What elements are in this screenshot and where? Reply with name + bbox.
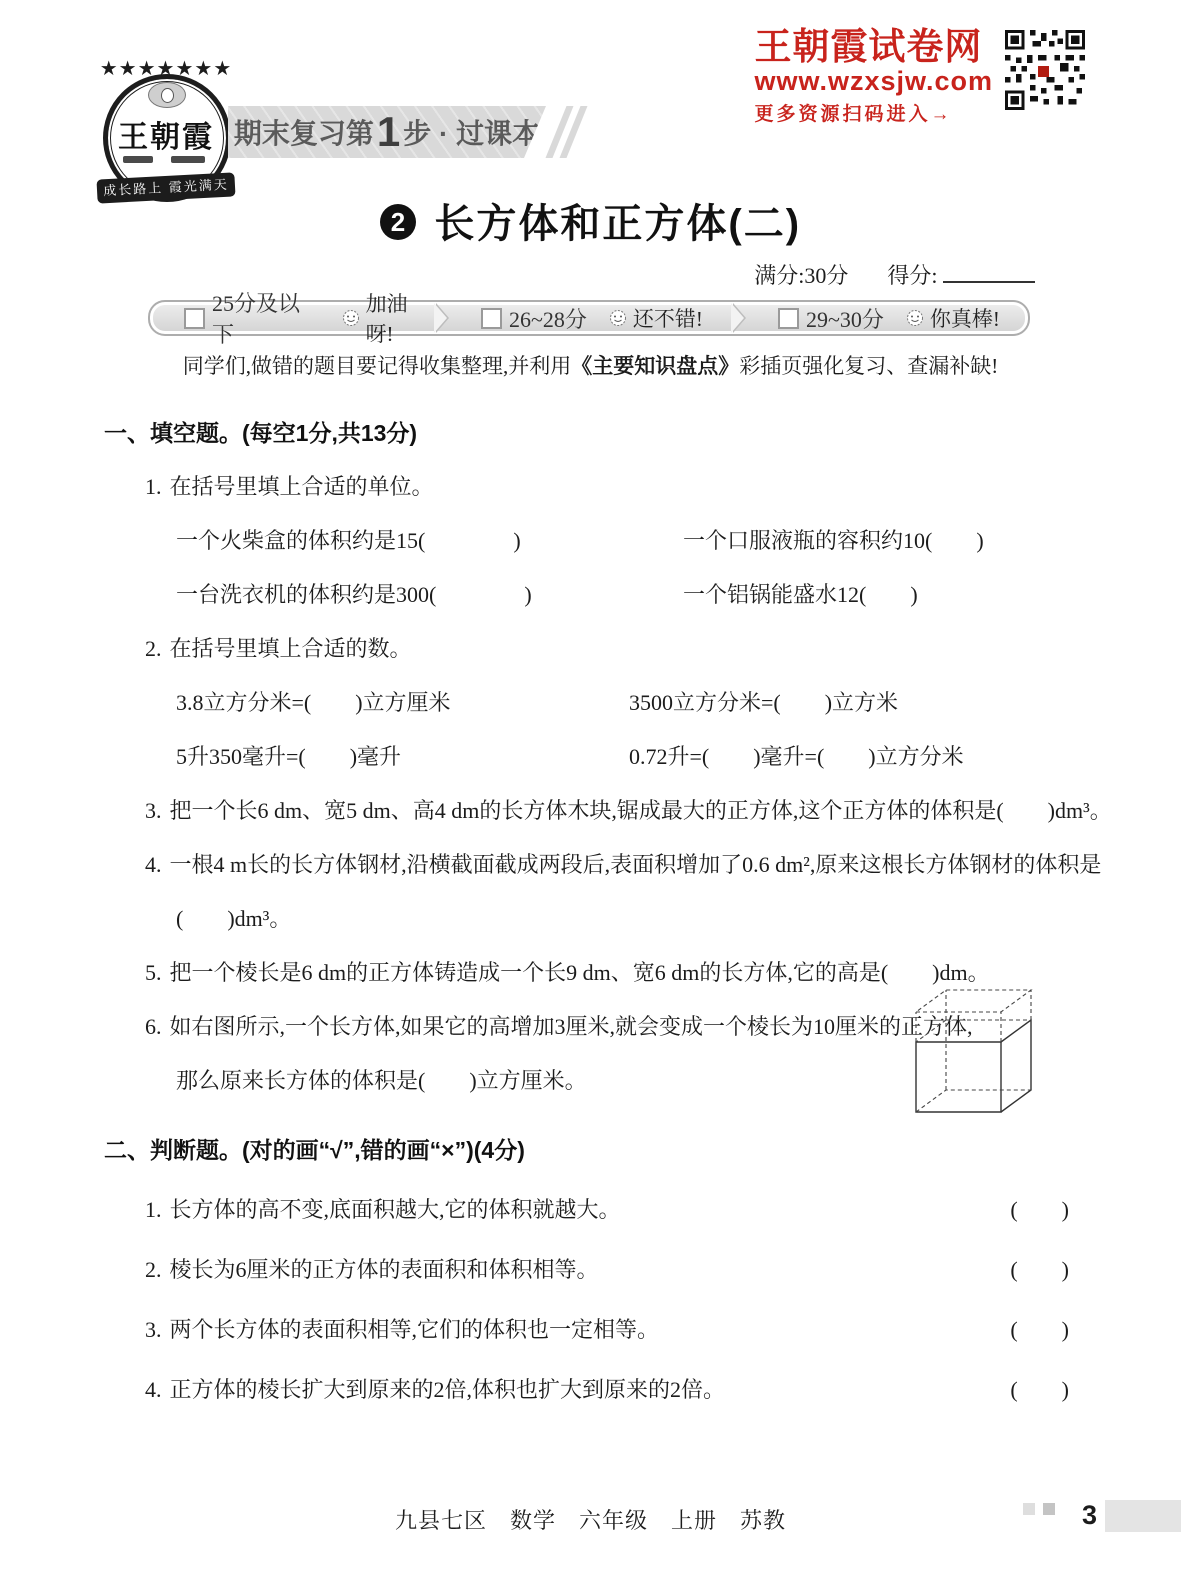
judgment-item: 4.正方体的棱长扩大到原来的2倍,体积也扩大到原来的2倍。 ( ) <box>145 1360 1121 1420</box>
step-banner-post: 步 · 过课本 <box>403 112 540 152</box>
checkbox-high[interactable] <box>778 308 799 329</box>
notice-post: 彩插页强化复习、查漏补缺! <box>739 354 998 378</box>
score-comment-mid: 还不错! <box>633 303 703 333</box>
chevron-divider-icon <box>434 303 447 333</box>
portrait-icon <box>148 82 186 108</box>
fill-blank-item: 一个铝锅能盛水12( ) <box>683 568 918 622</box>
deco-square-icon <box>1023 1503 1035 1515</box>
question-text: 在括号里填上合适的单位。 <box>170 474 434 499</box>
question-4: 4.一根4 m长的长方体钢材,沿横截面截成两段后,表面积增加了0.6 dm²,原… <box>145 838 1121 946</box>
page-footer: 九县七区 数学 六年级 上册 苏教 3 <box>0 1500 1181 1534</box>
question-text: 如右图所示,一个长方体,如果它的高增加3厘米,就会变成一个棱长为10厘米的正方体… <box>170 1014 973 1093</box>
face-icon <box>609 309 627 327</box>
logo-subtext-smudge <box>123 156 153 163</box>
logo-subtext-smudge <box>171 156 205 163</box>
question-number: 4. <box>145 1377 162 1402</box>
page-number: 3 <box>1082 1500 1097 1531</box>
worksheet-page: ★★★★★★★ 王朝霞 成长路上 霞光满天 期末复习第 1 步 · 过课本 王朝… <box>0 0 1181 1582</box>
site-name: 王朝霞试卷网 <box>754 28 993 67</box>
question-3: 3.把一个长6 dm、宽5 dm、高4 dm的长方体木块,锯成最大的正方体,这个… <box>145 784 1121 838</box>
answer-blank[interactable]: ( ) <box>1010 1360 1069 1420</box>
deco-square-icon <box>1043 1503 1055 1515</box>
question-number: 1. <box>145 474 162 499</box>
question-1: 1.在括号里填上合适的单位。 一个火柴盒的体积约是15( ) 一个口服液瓶的容积… <box>145 460 1121 622</box>
question-text: 正方体的棱长扩大到原来的2倍,体积也扩大到原来的2倍。 <box>170 1377 726 1402</box>
face-icon <box>906 309 924 327</box>
notice-pre: 同学们,做错的题目要记得收集整理,并利用 <box>183 354 572 378</box>
step-number: 1 <box>377 111 400 153</box>
question-text: 把一个棱长是6 dm的正方体铸造成一个长9 dm、宽6 dm的长方体,它的高是(… <box>170 960 990 985</box>
score-range-mid: 26~28分 <box>509 303 587 334</box>
lesson-title: 长方体和正方体(二) <box>434 202 801 246</box>
question-number: 5. <box>145 960 162 985</box>
checkbox-low[interactable] <box>184 308 205 329</box>
section-fill-in-blanks: 一、填空题。(每空1分,共13分) 1.在括号里填上合适的单位。 一个火柴盒的体… <box>104 406 1121 1108</box>
judgment-item: 1.长方体的高不变,底面积越大,它的体积就越大。 ( ) <box>145 1180 1121 1240</box>
question-text: 棱长为6厘米的正方体的表面积和体积相等。 <box>170 1257 599 1282</box>
judgment-item: 3.两个长方体的表面积相等,它们的体积也一定相等。 ( ) <box>145 1300 1121 1360</box>
question-text: 两个长方体的表面积相等,它们的体积也一定相等。 <box>170 1317 660 1342</box>
score-range-high: 29~30分 <box>806 303 884 334</box>
question-2: 2.在括号里填上合适的数。 3.8立方分米=( )立方厘米 3500立方分米=(… <box>145 622 1121 784</box>
question-number: 2. <box>145 1257 162 1282</box>
score-line: 满分:30分 得分: <box>0 259 1035 290</box>
notice-bold: 《主要知识盘点》 <box>571 355 739 378</box>
face-icon <box>342 309 360 327</box>
score-range-low: 25分及以下 <box>212 287 320 349</box>
question-text: 长方体的高不变,底面积越大,它的体积就越大。 <box>170 1197 621 1222</box>
score-comment-low: 加油呀! <box>366 288 434 348</box>
fill-blank-item: 一台洗衣机的体积约是300( ) <box>176 568 683 622</box>
checkbox-mid[interactable] <box>481 308 502 329</box>
lesson-number-badge: 2 <box>380 204 416 240</box>
q1-row1: 一个火柴盒的体积约是15( ) 一个口服液瓶的容积约10( ) <box>176 514 1121 568</box>
fill-blank-item: 0.72升=( )毫升=( )立方分米 <box>629 730 964 784</box>
self-assessment-bar: 25分及以下 加油呀! 26~28分 还不错! 29~30分 <box>148 300 1030 336</box>
study-notice: 同学们,做错的题目要记得收集整理,并利用《主要知识盘点》彩插页强化复习、查漏补缺… <box>0 350 1181 380</box>
score-comment-high: 你真棒! <box>930 303 1000 333</box>
q2-row1: 3.8立方分米=( )立方厘米 3500立方分米=( )立方米 <box>176 676 1121 730</box>
fill-blank-item: 一个火柴盒的体积约是15( ) <box>176 514 683 568</box>
page-header: ★★★★★★★ 王朝霞 成长路上 霞光满天 期末复习第 1 步 · 过课本 王朝… <box>0 0 1181 190</box>
fill-blank-item: 一个口服液瓶的容积约10( ) <box>683 514 984 568</box>
q2-row2: 5升350毫升=( )毫升 0.72升=( )毫升=( )立方分米 <box>176 730 1121 784</box>
book-info: 九县七区 数学 六年级 上册 苏教 <box>0 1504 1181 1535</box>
fill-blank-item: 5升350毫升=( )毫升 <box>176 730 629 784</box>
fill-blank-item: 3500立方分米=( )立方米 <box>629 676 898 730</box>
logo-name: 王朝霞 <box>95 112 237 156</box>
question-text: 一根4 m长的长方体钢材,沿横截面截成两段后,表面积增加了0.6 dm²,原来这… <box>170 852 1102 931</box>
judgment-item: 2.棱长为6厘米的正方体的表面积和体积相等。 ( ) <box>145 1240 1121 1300</box>
score-segment-mid: 26~28分 还不错! <box>447 303 731 334</box>
answer-blank[interactable]: ( ) <box>1010 1240 1069 1300</box>
question-number: 3. <box>145 798 162 823</box>
qr-code-icon <box>1005 28 1085 112</box>
section1-heading: 一、填空题。(每空1分,共13分) <box>104 406 1121 460</box>
fill-blank-item: 3.8立方分米=( )立方厘米 <box>176 676 629 730</box>
publisher-logo-badge: ★★★★★★★ 王朝霞 成长路上 霞光满天 <box>95 60 237 210</box>
step-banner-pre: 期末复习第 <box>234 112 374 152</box>
question-number: 1. <box>145 1197 162 1222</box>
section2-heading: 二、判断题。(对的画“√”,错的画“×”)(4分) <box>104 1120 1121 1180</box>
step-banner: 期末复习第 1 步 · 过课本 <box>228 106 546 158</box>
cuboid-figure <box>891 974 1063 1119</box>
score-blank-field[interactable] <box>943 263 1035 283</box>
site-tagline: 更多资源扫码进入→ <box>754 99 993 126</box>
question-6: 6.如右图所示,一个长方体,如果它的高增加3厘米,就会变成一个棱长为10厘米的正… <box>145 1000 1121 1108</box>
site-url: www.wzxsjw.com <box>754 67 993 97</box>
question-number: 4. <box>145 852 162 877</box>
full-score-label: 满分:30分 <box>754 263 848 288</box>
answer-blank[interactable]: ( ) <box>1010 1300 1069 1360</box>
question-number: 2. <box>145 636 162 661</box>
question-number: 6. <box>145 1014 162 1039</box>
question-number: 3. <box>145 1317 162 1342</box>
score-segment-low: 25分及以下 加油呀! <box>150 287 434 349</box>
chevron-divider-icon <box>731 303 744 333</box>
question-text: 在括号里填上合适的数。 <box>170 636 412 661</box>
section-true-false: 二、判断题。(对的画“√”,错的画“×”)(4分) 1.长方体的高不变,底面积越… <box>104 1120 1121 1420</box>
site-brand: 王朝霞试卷网 www.wzxsjw.com 更多资源扫码进入→ <box>754 28 1085 126</box>
score-segment-high: 29~30分 你真棒! <box>744 303 1028 334</box>
answer-blank[interactable]: ( ) <box>1010 1180 1069 1240</box>
question-text: 把一个长6 dm、宽5 dm、高4 dm的长方体木块,锯成最大的正方体,这个正方… <box>170 798 1112 823</box>
page-number-bar <box>1105 1500 1181 1532</box>
q1-row2: 一台洗衣机的体积约是300( ) 一个铝锅能盛水12( ) <box>176 568 1121 622</box>
score-label: 得分: <box>887 263 937 288</box>
